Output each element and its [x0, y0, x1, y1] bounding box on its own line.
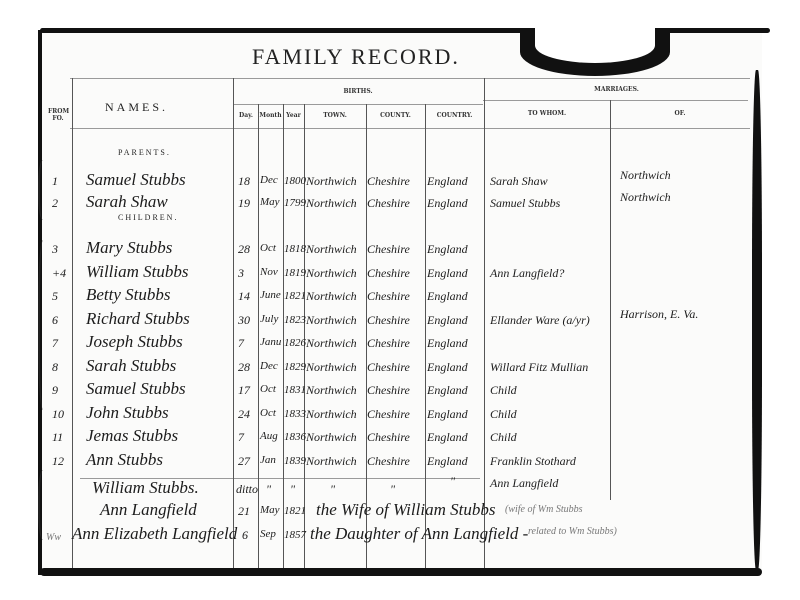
birth-day: 21	[238, 504, 250, 519]
birth-county: Cheshire	[367, 266, 410, 281]
birth-county: Cheshire	[367, 196, 410, 211]
row-number: 12	[52, 454, 64, 469]
row-number: 9	[52, 383, 58, 398]
married-of: Harrison, E. Va.	[620, 307, 698, 322]
birth-month: May	[260, 196, 280, 208]
birth-year: 1833	[284, 408, 306, 420]
birth-country: England	[427, 407, 468, 422]
person-name: Sarah Stubbs	[86, 356, 176, 376]
married-to: Child	[490, 383, 517, 398]
birth-day: 18	[238, 174, 250, 189]
birth-country: "	[450, 474, 455, 489]
year-header: Year	[283, 112, 304, 119]
married-to: Willard Fitz Mullian	[490, 360, 588, 375]
birth-month: Sep	[260, 528, 276, 540]
col-divider-town	[304, 104, 305, 568]
births-header: BIRTHS.	[233, 88, 483, 95]
row-number: 6	[52, 313, 58, 328]
married-of: Northwich	[620, 168, 671, 183]
row-number: 10	[52, 407, 64, 422]
birth-town: Northwich	[306, 196, 357, 211]
col-divider-year	[283, 104, 284, 568]
col-divider-day	[233, 78, 234, 568]
birth-month: June	[260, 289, 281, 301]
person-name: Samuel Stubbs	[86, 170, 186, 190]
birth-day: 17	[238, 383, 250, 398]
row-number: 3	[52, 242, 58, 257]
birth-year: 1836	[284, 431, 306, 443]
header-top-rule	[70, 78, 750, 79]
birth-day: 7	[238, 430, 244, 445]
day-header: Day.	[234, 112, 258, 119]
married-of: Northwich	[620, 190, 671, 205]
married-to: Franklin Stothard	[490, 454, 576, 469]
birth-day: 6	[242, 528, 248, 543]
header-sub-rule	[233, 104, 483, 105]
to-whom-header: To Whom.	[484, 110, 610, 117]
pencil-annotation: (wife of Wm Stubbs	[505, 504, 583, 515]
birth-country: England	[427, 313, 468, 328]
row-number: 11	[52, 430, 63, 445]
birth-month: Dec	[260, 174, 278, 186]
children-section-label: CHILDREN.	[118, 213, 178, 222]
person-name: Samuel Stubbs	[86, 379, 186, 399]
col-divider-marriages	[484, 78, 485, 568]
burned-edge-right	[752, 70, 762, 570]
birth-month: Jan	[260, 454, 276, 466]
col-divider-names	[72, 78, 73, 568]
birth-day: 3	[238, 266, 244, 281]
row-number: 2	[52, 196, 58, 211]
parents-section-label: PARENTS.	[118, 148, 171, 157]
birth-country: England	[427, 430, 468, 445]
relation-note: the Wife of William Stubbs	[316, 500, 495, 520]
birth-year: 1821	[284, 290, 306, 302]
person-name: Mary Stubbs	[86, 238, 172, 258]
birth-year: 1826	[284, 337, 306, 349]
birth-month: Oct	[260, 407, 276, 419]
month-header: Month	[258, 112, 283, 119]
birth-year: 1799	[284, 197, 306, 209]
town-header: Town.	[304, 112, 366, 119]
person-name: Ann Stubbs	[86, 450, 163, 470]
torn-hole	[535, 28, 655, 63]
relation-note: the Daughter of Ann Langfield -	[310, 524, 528, 544]
birth-town: Northwich	[306, 360, 357, 375]
birth-country: England	[427, 289, 468, 304]
birth-country: England	[427, 336, 468, 351]
birth-year: 1829	[284, 361, 306, 373]
birth-year: 1823	[284, 314, 306, 326]
birth-day: 7	[238, 336, 244, 351]
married-to: Child	[490, 430, 517, 445]
from-fo-header: From Fo.	[48, 108, 68, 122]
birth-town: Northwich	[306, 336, 357, 351]
birth-day: 30	[238, 313, 250, 328]
of-header: Of.	[610, 110, 750, 117]
person-name: Betty Stubbs	[86, 285, 171, 305]
birth-country: England	[427, 242, 468, 257]
birth-year: 1857	[284, 529, 306, 541]
brace-additional	[38, 470, 50, 540]
birth-month: Oct	[260, 383, 276, 395]
person-name: William Stubbs.	[92, 478, 199, 498]
birth-county: Cheshire	[367, 289, 410, 304]
birth-town: "	[330, 482, 335, 497]
birth-county: Cheshire	[367, 336, 410, 351]
col-divider-of	[610, 100, 611, 500]
birth-month: July	[260, 313, 278, 325]
married-to: Samuel Stubbs	[490, 196, 560, 211]
birth-year: "	[290, 482, 295, 497]
person-name: William Stubbs	[86, 262, 188, 282]
col-divider-month	[258, 104, 259, 568]
page-title: FAMILY RECORD.	[252, 44, 460, 70]
birth-year: 1800	[284, 175, 306, 187]
birth-country: England	[427, 174, 468, 189]
birth-country: England	[427, 266, 468, 281]
birth-town: Northwich	[306, 266, 357, 281]
birth-town: Northwich	[306, 289, 357, 304]
birth-town: Northwich	[306, 242, 357, 257]
birth-country: England	[427, 196, 468, 211]
row-number: 5	[52, 289, 58, 304]
birth-month: Janu	[260, 336, 281, 348]
person-name: Joseph Stubbs	[86, 332, 183, 352]
birth-month: Oct	[260, 242, 276, 254]
birth-country: England	[427, 360, 468, 375]
birth-county: Cheshire	[367, 174, 410, 189]
row-number: 8	[52, 360, 58, 375]
married-to: Ellander Ware (a/yr)	[490, 313, 590, 328]
birth-town: Northwich	[306, 454, 357, 469]
birth-county: Cheshire	[367, 360, 410, 375]
brace-parents	[38, 160, 50, 220]
birth-year: 1821	[284, 505, 306, 517]
county-header: County.	[366, 112, 425, 119]
person-name: Richard Stubbs	[86, 309, 190, 329]
birth-month: Dec	[260, 360, 278, 372]
birth-town: Northwich	[306, 383, 357, 398]
birth-day: 19	[238, 196, 250, 211]
person-name: John Stubbs	[86, 403, 169, 423]
birth-county: Cheshire	[367, 242, 410, 257]
birth-day: 24	[238, 407, 250, 422]
birth-county: Cheshire	[367, 383, 410, 398]
birth-county: Cheshire	[367, 407, 410, 422]
person-name: Jemas Stubbs	[86, 426, 178, 446]
birth-county: "	[390, 482, 395, 497]
birth-day: 28	[238, 360, 250, 375]
marriage-sub-rule	[483, 100, 748, 101]
person-name: Ann Langfield	[100, 500, 197, 520]
married-to: Sarah Shaw	[490, 174, 548, 189]
birth-day: 27	[238, 454, 250, 469]
birth-day: 14	[238, 289, 250, 304]
burned-edge-bottom	[40, 568, 762, 576]
birth-country: England	[427, 454, 468, 469]
birth-country: England	[427, 383, 468, 398]
birth-county: Cheshire	[367, 430, 410, 445]
birth-town: Northwich	[306, 430, 357, 445]
birth-town: Northwich	[306, 313, 357, 328]
birth-town: Northwich	[306, 407, 357, 422]
names-header: NAMES.	[105, 100, 168, 115]
birth-month: Aug	[260, 430, 278, 442]
birth-year: 1818	[284, 243, 306, 255]
birth-year: 1831	[284, 384, 306, 396]
birth-county: Cheshire	[367, 454, 410, 469]
birth-town: Northwich	[306, 174, 357, 189]
row-number: 1	[52, 174, 58, 189]
header-bottom-rule	[70, 128, 750, 129]
married-to: Ann Langfield?	[490, 266, 564, 281]
birth-year: 1819	[284, 267, 306, 279]
married-to: Child	[490, 407, 517, 422]
birth-month: May	[260, 504, 280, 516]
birth-month: Nov	[260, 266, 278, 278]
birth-day: 28	[238, 242, 250, 257]
birth-county: Cheshire	[367, 313, 410, 328]
country-header: Country.	[425, 112, 484, 119]
person-name: Ann Elizabeth Langfield	[72, 524, 237, 544]
row-prefix: Ww	[46, 532, 61, 543]
row-number: 7	[52, 336, 58, 351]
col-divider-country	[425, 104, 426, 568]
brace-children	[38, 240, 50, 410]
married-to: Ann Langfield	[490, 476, 558, 491]
birth-year: 1839	[284, 455, 306, 467]
person-name: Sarah Shaw	[86, 192, 168, 212]
row-number: +4	[52, 266, 66, 281]
birth-month: "	[266, 482, 271, 497]
birth-day: ditto	[236, 482, 258, 497]
pencil-annotation: related to Wm Stubbs)	[528, 526, 617, 537]
marriages-header: MARRIAGES.	[484, 86, 749, 93]
